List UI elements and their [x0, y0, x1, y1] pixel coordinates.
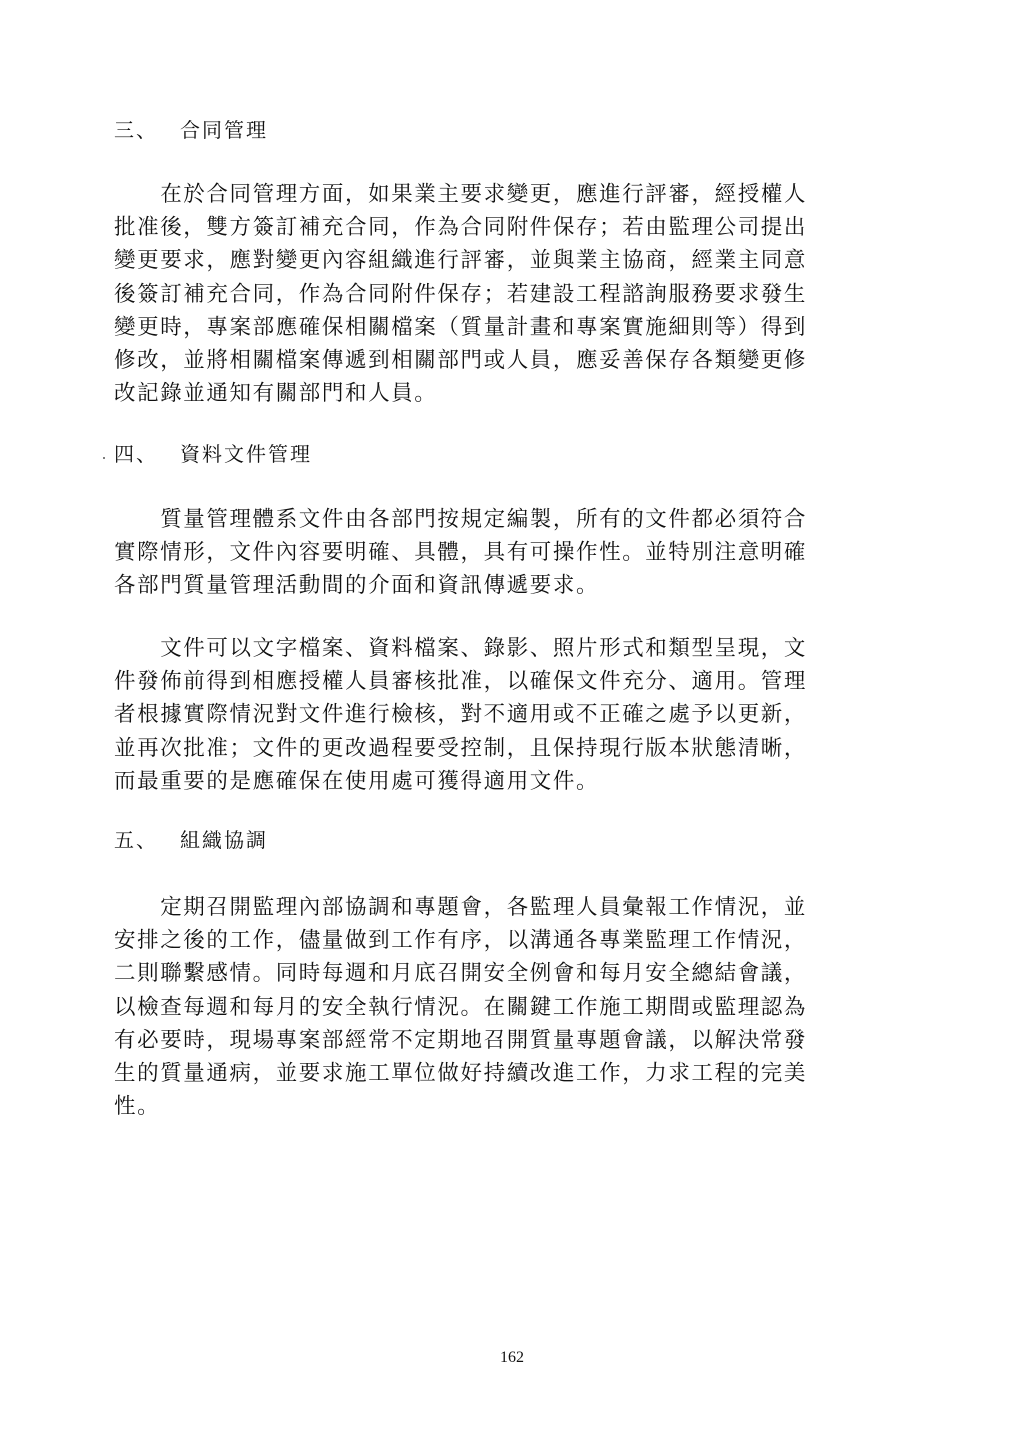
- section-number: 四、: [114, 440, 180, 468]
- text-line: 在於合同管理方面，如果業主要求變更，應進行評審，經授權人: [114, 178, 866, 211]
- text-line: 批准後，雙方簽訂補充合同，作為合同附件保存；若由監理公司提出: [114, 211, 866, 244]
- text-line: 生的質量通病，並要求施工單位做好持續改進工作，力求工程的完美: [114, 1057, 866, 1090]
- paragraph: 在於合同管理方面，如果業主要求變更，應進行評審，經授權人 批准後，雙方簽訂補充合…: [114, 178, 866, 410]
- paragraph: 文件可以文字檔案、資料檔案、錄影、照片形式和類型呈現，文 件發佈前得到相應授權人…: [114, 632, 866, 798]
- paragraph: 定期召開監理內部協調和專題會，各監理人員彙報工作情況，並 安排之後的工作，儘量做…: [114, 891, 866, 1123]
- text-line: 修改，並將相關檔案傳遞到相關部門或人員，應妥善保存各類變更修: [114, 344, 866, 377]
- text-line: 有必要時，現場專案部經常不定期地召開質量專題會議，以解決常發: [114, 1024, 866, 1057]
- text-line: 性。: [114, 1090, 866, 1123]
- text-line: 改記錄並通知有關部門和人員。: [114, 377, 866, 410]
- text-line: 並再次批准；文件的更改過程要受控制，且保持現行版本狀態清晰，: [114, 732, 866, 765]
- text-line: 變更要求，應對變更內容組織進行評審，並與業主協商，經業主同意: [114, 244, 866, 277]
- text-line: 定期召開監理內部協調和專題會，各監理人員彙報工作情況，並: [114, 891, 866, 924]
- text-line: 者根據實際情況對文件進行檢核，對不適用或不正確之處予以更新，: [114, 698, 866, 731]
- text-line: 各部門質量管理活動間的介面和資訊傳遞要求。: [114, 569, 866, 602]
- text-line: 變更時，專案部應確保相關檔案（質量計畫和專案實施細則等）得到: [114, 311, 866, 344]
- text-line: 實際情形，文件內容要明確、具體，具有可操作性。並特別注意明確: [114, 536, 866, 569]
- page-number: 162: [0, 1349, 1024, 1367]
- text-line: 而最重要的是應確保在使用處可獲得適用文件。: [114, 765, 866, 798]
- section-title: 組織協調: [180, 828, 268, 852]
- text-line: 質量管理體系文件由各部門按規定編製，所有的文件都必須符合: [114, 503, 866, 536]
- document-page: 三、合同管理 在於合同管理方面，如果業主要求變更，應進行評審，經授權人 批准後，…: [0, 0, 1024, 1450]
- section-heading-5: 五、組織協調: [114, 826, 268, 854]
- paragraph: 質量管理體系文件由各部門按規定編製，所有的文件都必須符合 實際情形，文件內容要明…: [114, 503, 866, 603]
- section-number: 五、: [114, 826, 180, 854]
- section-title: 合同管理: [180, 118, 268, 142]
- text-line: 文件可以文字檔案、資料檔案、錄影、照片形式和類型呈現，文: [114, 632, 866, 665]
- section-title: 資料文件管理: [180, 442, 312, 466]
- text-line: 以檢查每週和每月的安全執行情況。在關鍵工作施工期間或監理認為: [114, 991, 866, 1024]
- text-line: 後簽訂補充合同，作為合同附件保存；若建設工程諮詢服務要求發生: [114, 278, 866, 311]
- text-line: 二則聯繫感情。同時每週和月底召開安全例會和每月安全總結會議，: [114, 957, 866, 990]
- stray-mark: [103, 457, 105, 459]
- text-line: 安排之後的工作，儘量做到工作有序，以溝通各專業監理工作情況，: [114, 924, 866, 957]
- section-heading-4: 四、資料文件管理: [114, 440, 312, 468]
- section-heading-3: 三、合同管理: [114, 116, 268, 144]
- text-line: 件發佈前得到相應授權人員審核批准，以確保文件充分、適用。管理: [114, 665, 866, 698]
- section-number: 三、: [114, 116, 180, 144]
